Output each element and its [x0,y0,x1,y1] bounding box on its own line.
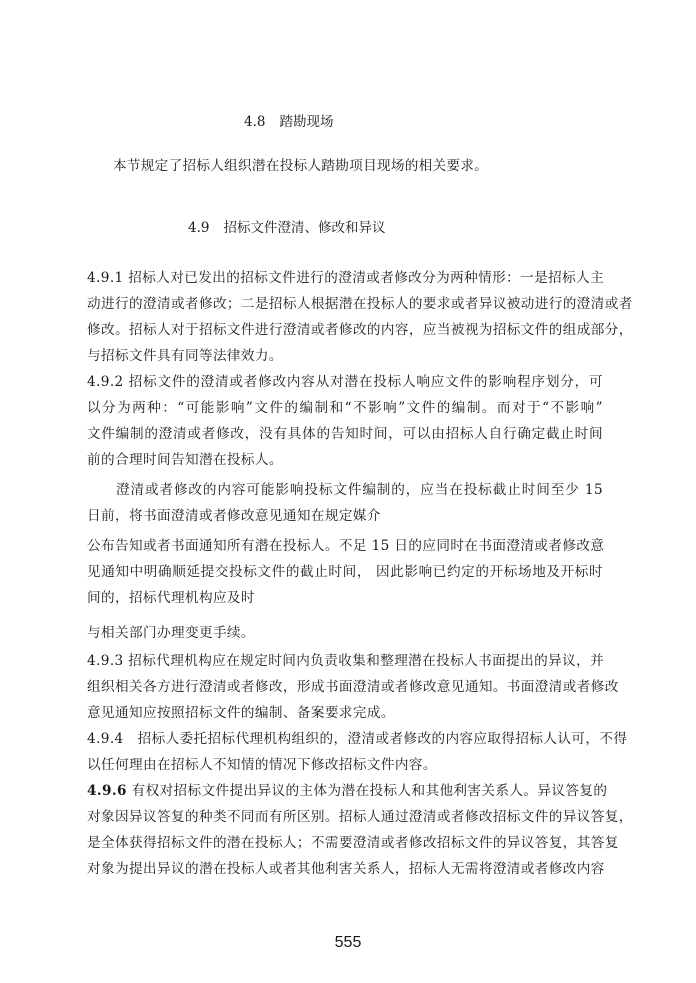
page-number: 555 [0,934,696,952]
clause-4-9-2-line: 文件编制的澄清或者修改，没有具体的告知时间，可以由招标人自行确定截止时间 [87,421,603,447]
clause-4-9-6-line: 对象为提出异议的潜在投标人或者其他利害关系人，招标人无需将澄清或者修改内容 [87,856,603,882]
clause-4-9-1-line: 修改。招标人对于招标文件进行澄清或者修改的内容，应当被视为招标文件的组成部分， [87,317,603,343]
paragraph-line: 日前，将书面澄清或者修改意见通知在规定媒介 [87,503,603,529]
clause-4-9-2-line: 前的合理时间告知潜在投标人。 [87,447,603,473]
section-number: 4.9 [188,220,209,236]
clause-4-9-1-line: 动进行的澄清或者修改；二是招标人根据潜在投标人的要求或者异议被动进行的澄清或者 [87,291,603,317]
document-page: 4.8踏勘现场 本节规定了招标人组织潜在投标人踏勘项目现场的相关要求。 4.9招… [0,0,696,983]
section-heading-4-9: 4.9招标文件澄清、修改和异议 [188,216,385,236]
clause-4-9-4-line: 以任何理由在招标人不知情的情况下修改招标文件内容。 [87,752,603,778]
paragraph-line: 间的，招标代理机构应及时 [87,585,603,611]
paragraph-line: 见通知中明确顺延提交投标文件的截止时间， 因此影响已约定的开标场地及开标时 [87,559,603,585]
clause-text: 有权对招标文件提出异议的主体为潜在投标人和其他利害关系人。异议答复的 [132,783,608,799]
paragraph-line: 与相关部门办理变更手续。 [87,620,603,646]
clause-4-9-6-line: 是全体获得招标文件的潜在投标人；不需要澄清或者修改招标文件的异议答复，其答复 [87,830,603,856]
clause-4-9-3-line: 意见通知应按照招标文件的编制、备案要求完成。 [87,700,603,726]
section-title: 招标文件澄清、修改和异议 [223,220,385,236]
section-number: 4.8 [244,114,265,130]
clause-4-9-1-line: 与招标文件具有同等法律效力。 [87,343,603,369]
clause-4-9-6-line: 4.9.6 有权对招标文件提出异议的主体为潜在投标人和其他利害关系人。异议答复的 [87,778,603,804]
clause-4-9-6-line: 对象因异议答复的种类不同而有所区别。招标人通过澄清或者修改招标文件的异议答复， [87,804,603,830]
clause-4-9-4-line: 4.9.4 招标人委托招标代理机构组织的，澄清或者修改的内容应取得招标人认可，不… [87,726,603,752]
clause-4-9-3-line: 4.9.3 招标代理机构应在规定时间内负责收集和整理潜在投标人书面提出的异议，并 [87,648,603,674]
clause-number: 4.9.6 [87,783,127,799]
clause-4-9-2-line: 以分为两种：“可能影响”文件的编制和“不影响”文件的编制。而对于“不影响” [87,395,603,421]
clause-4-9-1-line: 4.9.1 招标人对已发出的招标文件进行的澄清或者修改分为两种情形：一是招标人主 [87,265,603,291]
paragraph-line: 公布告知或者书面通知所有潜在投标人。不足 15 日的应同时在书面澄清或者修改意 [87,533,603,559]
section-intro: 本节规定了招标人组织潜在投标人踏勘项目现场的相关要求。 [113,153,593,179]
paragraph-line: 澄清或者修改的内容可能影响投标文件编制的，应当在投标截止时间至少 15 [87,477,603,503]
clause-4-9-2-line: 4.9.2 招标文件的澄清或者修改内容从对潜在投标人响应文件的影响程序划分，可 [87,369,603,395]
section-title: 踏勘现场 [279,114,333,130]
section-heading-4-8: 4.8踏勘现场 [244,110,333,130]
clause-4-9-3-line: 组织相关各方进行澄清或者修改，形成书面澄清或者修改意见通知。书面澄清或者修改 [87,674,603,700]
